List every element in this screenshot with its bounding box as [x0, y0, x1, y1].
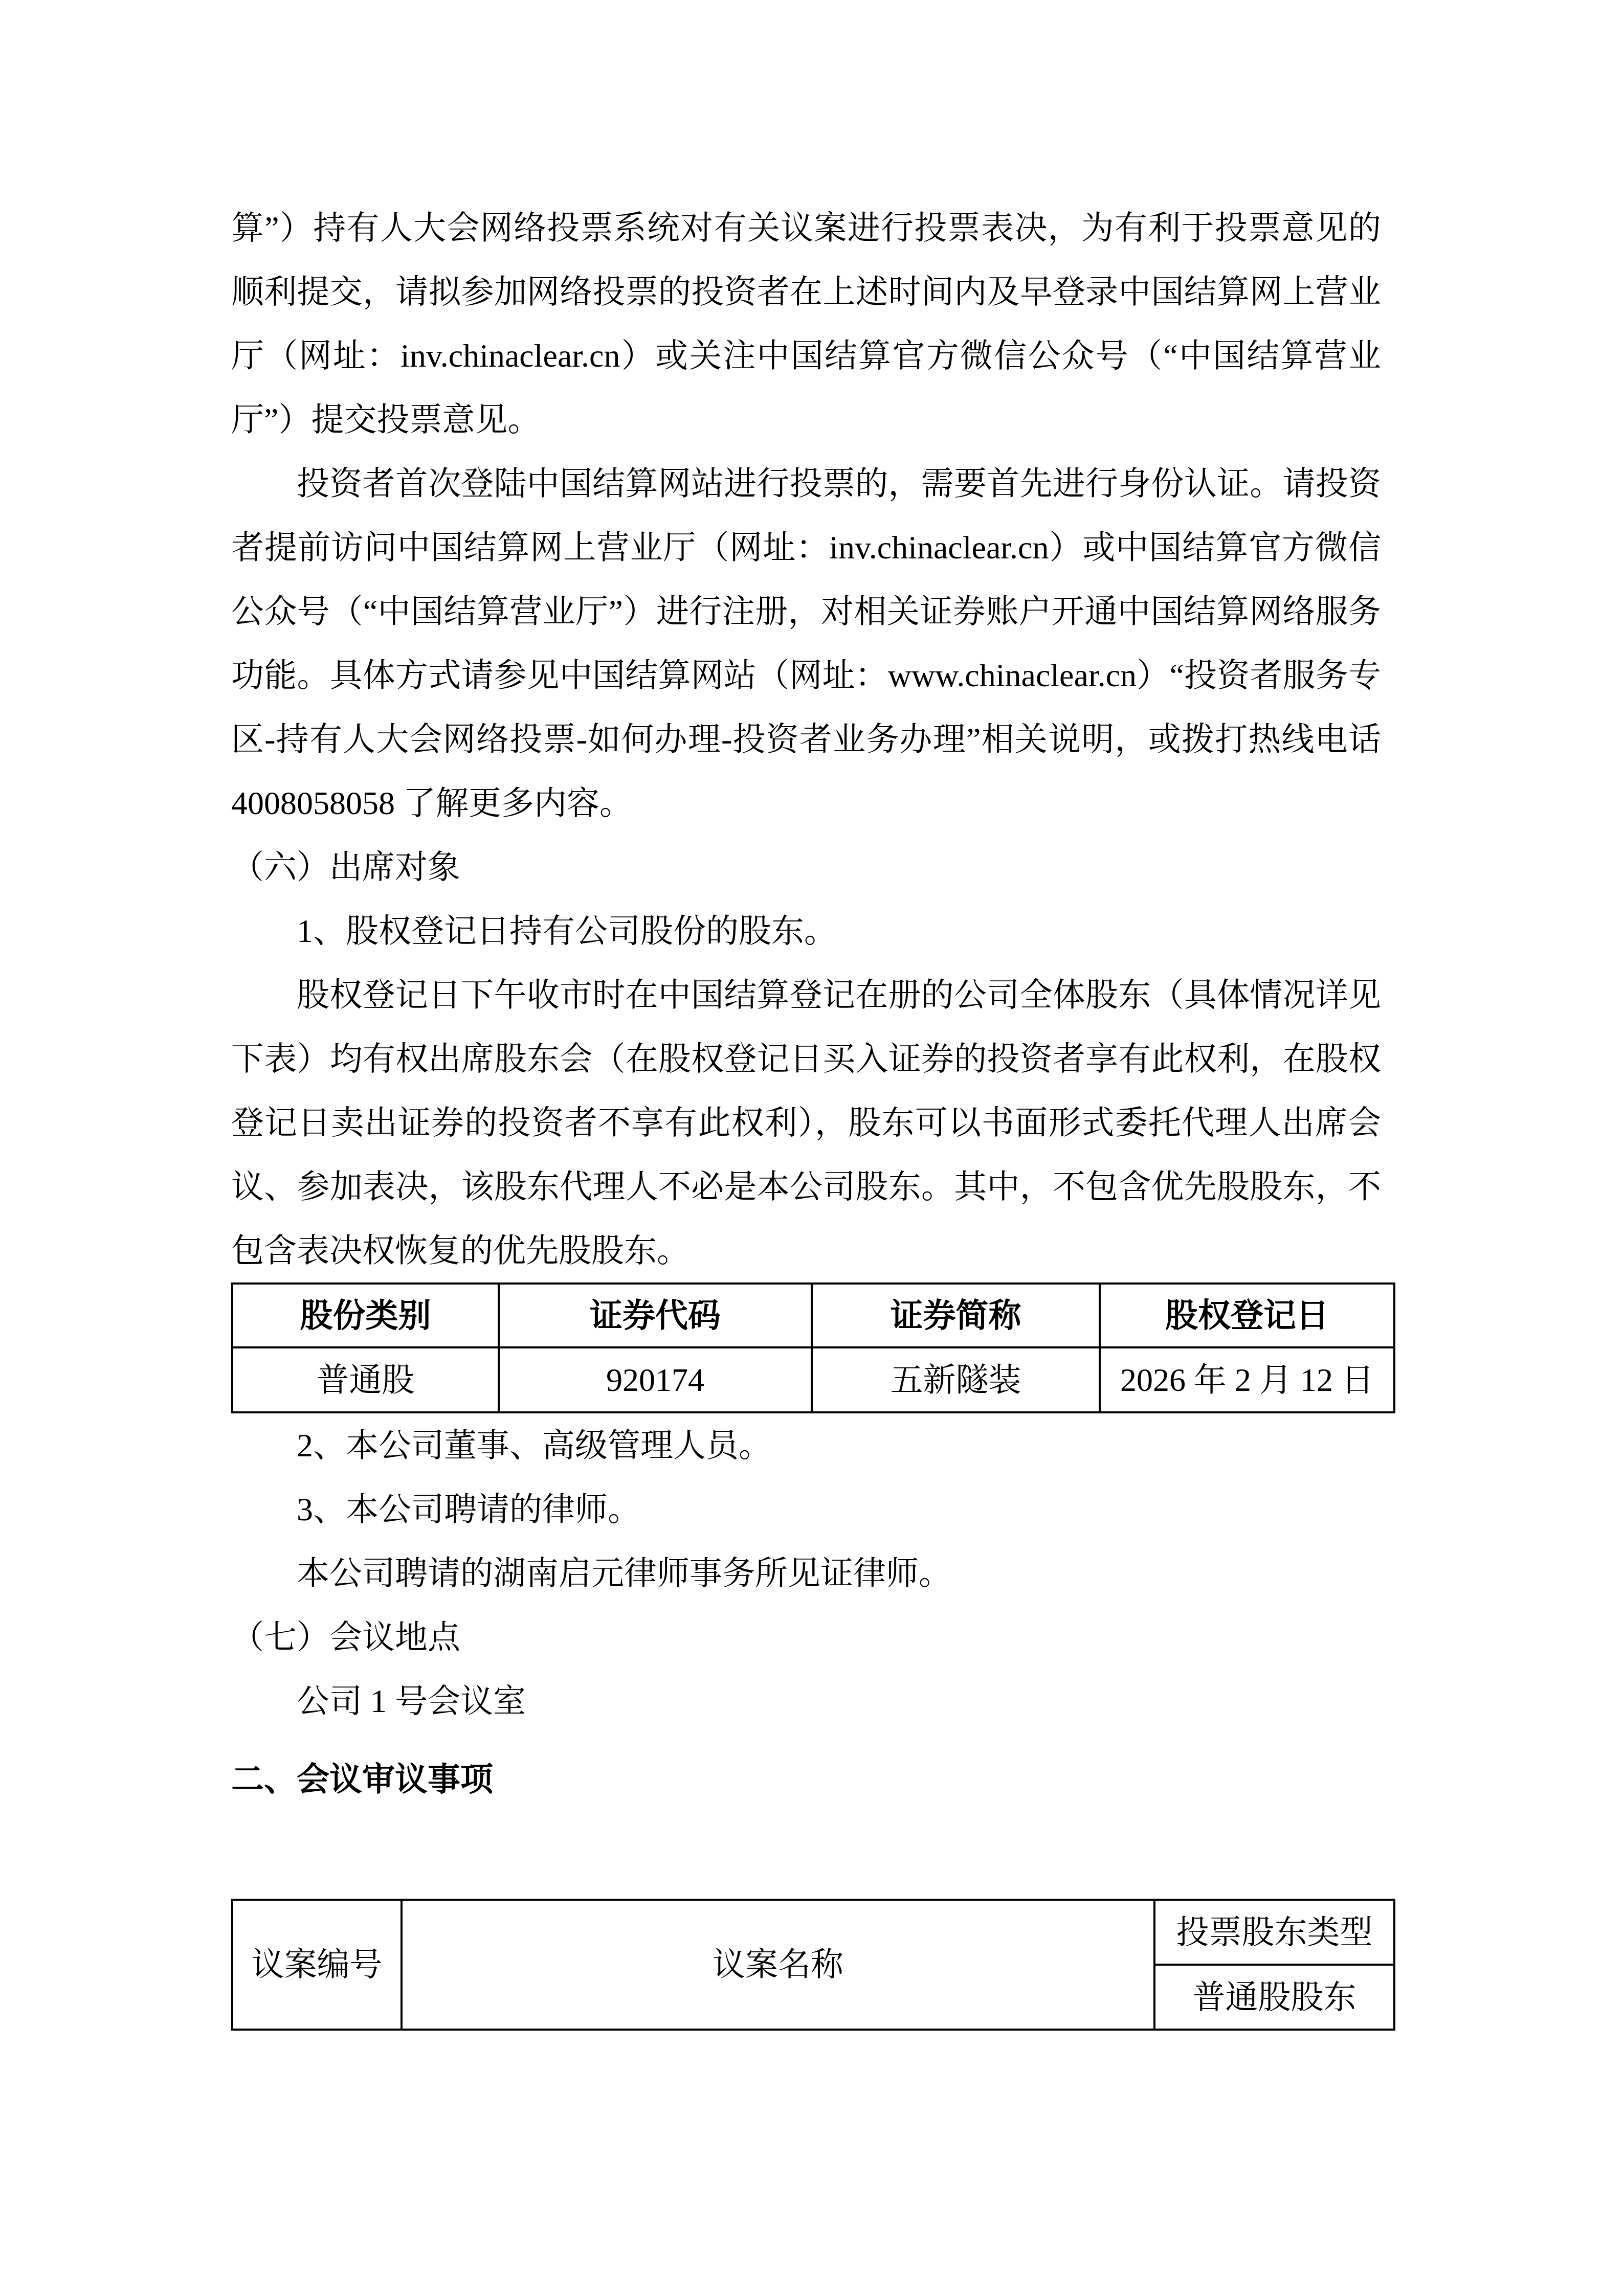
section-heading-six-attendees: （六）出席对象	[231, 835, 1381, 899]
paragraph-meeting-room: 公司 1 号会议室	[231, 1669, 1381, 1733]
share-table-header-record-date: 股权登记日	[1100, 1284, 1394, 1347]
share-table-header-code: 证券代码	[499, 1284, 812, 1347]
share-class-value: 普通股	[232, 1347, 499, 1412]
paragraph-record-date: 股权登记日下午收市时在中国结算登记在册的公司全体股东（具体情况详见下表）均有权出…	[231, 963, 1381, 1282]
paragraph-identity-auth: 投资者首次登陆中国结算网站进行投票的，需要首先进行身份认证。请投资者提前访问中国…	[231, 452, 1381, 835]
share-table-header-class: 股份类别	[232, 1284, 499, 1347]
share-table-data-row: 普通股 920174 五新隧装 2026 年 2 月 12 日	[232, 1347, 1394, 1412]
section-heading-two-agenda: 二、会议审议事项	[231, 1747, 1381, 1811]
voter-type-header: 投票股东类型	[1154, 1900, 1394, 1965]
security-abbr-value: 五新隧装	[812, 1347, 1100, 1412]
list-item-1-shareholders: 1、股权登记日持有公司股份的股东。	[231, 899, 1381, 963]
share-table-header-row: 股份类别 证券代码 证券简称 股权登记日	[232, 1284, 1394, 1347]
list-item-3-lawyers: 3、本公司聘请的律师。	[231, 1477, 1381, 1541]
proposal-number-header: 议案编号	[232, 1900, 402, 2030]
voter-type-value: 普通股股东	[1154, 1965, 1394, 2030]
share-class-table: 股份类别 证券代码 证券简称 股权登记日 普通股 920174 五新隧装 202…	[231, 1282, 1395, 1413]
proposal-table-row-top: 议案编号 议案名称 投票股东类型	[232, 1900, 1394, 1965]
proposal-table: 议案编号 议案名称 投票股东类型 普通股股东	[231, 1899, 1395, 2031]
proposal-name-header: 议案名称	[402, 1900, 1154, 2030]
document-page: 算”）持有人大会网络投票系统对有关议案进行投票表决，为有利于投票意见的顺利提交，…	[0, 0, 1624, 2296]
list-item-2-directors: 2、本公司董事、高级管理人员。	[231, 1413, 1381, 1477]
section-heading-seven-venue: （七）会议地点	[231, 1605, 1381, 1669]
paragraph-continuation: 算”）持有人大会网络投票系统对有关议案进行投票表决，为有利于投票意见的顺利提交，…	[231, 196, 1381, 452]
security-code-value: 920174	[499, 1347, 812, 1412]
paragraph-law-firm: 本公司聘请的湖南启元律师事务所见证律师。	[231, 1541, 1381, 1605]
share-table-header-abbr: 证券简称	[812, 1284, 1100, 1347]
document-body: 算”）持有人大会网络投票系统对有关议案进行投票表决，为有利于投票意见的顺利提交，…	[231, 196, 1381, 2031]
record-date-value: 2026 年 2 月 12 日	[1100, 1347, 1394, 1412]
